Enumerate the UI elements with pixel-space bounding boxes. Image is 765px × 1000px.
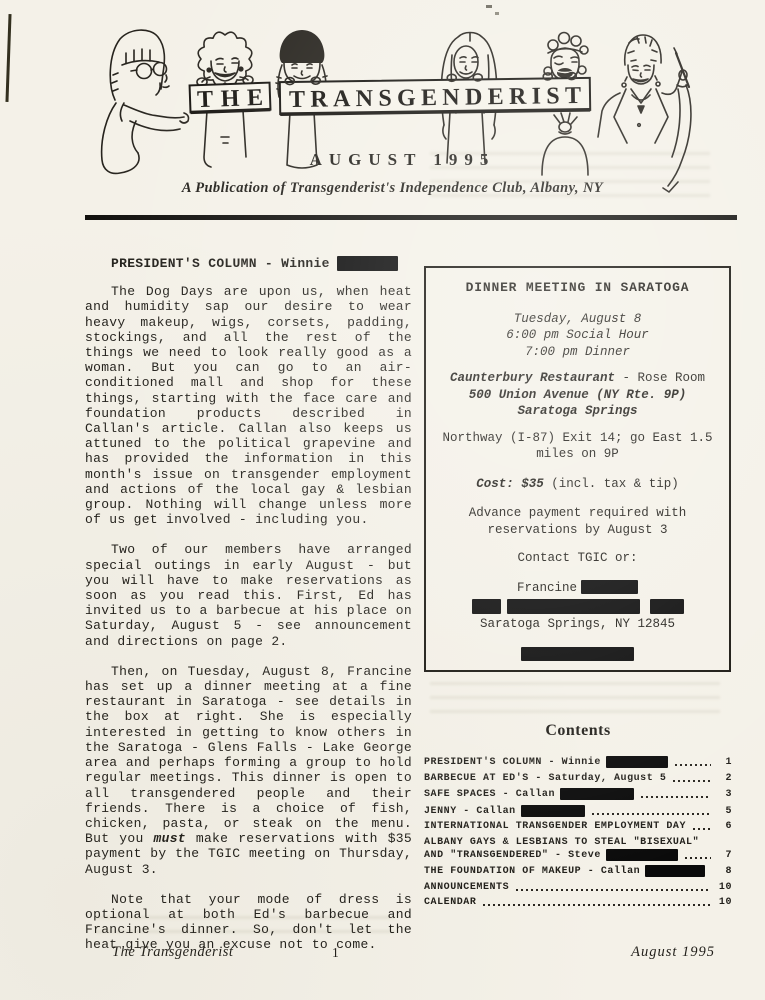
toc-title: PRESIDENT'S COLUMN - Winnie xyxy=(424,757,601,768)
toc-page-number: 10 xyxy=(715,882,732,893)
dinner-meeting-box: DINNER MEETING IN SARATOGA Tuesday, Augu… xyxy=(424,266,731,672)
toc-page-number: 2 xyxy=(715,773,732,784)
toc-page-number: 3 xyxy=(715,789,732,800)
box-title: DINNER MEETING IN SARATOGA xyxy=(432,280,723,297)
name-redaction xyxy=(337,256,398,271)
toc-page-number: 10 xyxy=(715,897,732,908)
venue-block: Caunterbury Restaurant - Rose Room 500 U… xyxy=(432,370,723,420)
toc-title-line1: ALBANY GAYS & LESBIANS TO STEAL "BISEXUA… xyxy=(424,837,732,848)
meeting-datetime: Tuesday, August 8 6:00 pm Social Hour 7:… xyxy=(432,311,723,361)
toc-entry: SAFE SPACES - Callan 3 xyxy=(424,788,732,800)
phone-redaction xyxy=(521,647,634,661)
scan-dust xyxy=(486,5,492,8)
toc-title: THE FOUNDATION OF MAKEUP - Callan xyxy=(424,866,640,877)
banner-the-text: THE xyxy=(197,85,264,113)
cost-note: (incl. tax & tip) xyxy=(544,477,679,491)
contact-address-redacted xyxy=(432,599,723,614)
toc-page-number: 8 xyxy=(715,866,732,877)
contact-name: Francine xyxy=(517,581,577,595)
toc-title: ANNOUNCEMENTS xyxy=(424,882,509,893)
dot-leader xyxy=(692,827,711,831)
contents-section: Contents PRESIDENT'S COLUMN - Winnie 1 B… xyxy=(424,722,732,913)
scan-dust xyxy=(495,12,499,15)
toc-title: JENNY - Callan xyxy=(424,806,516,817)
toc-page-number: 5 xyxy=(715,806,732,817)
address-redaction xyxy=(650,599,684,614)
dot-leader xyxy=(640,795,711,799)
column-heading: PRESIDENT'S COLUMN - Winnie xyxy=(85,256,412,271)
toc-page-number: 1 xyxy=(715,757,732,768)
toc-entry: BARBECUE AT ED'S - Saturday, August 5 2 xyxy=(424,773,732,784)
phone-redacted-line xyxy=(432,647,723,664)
toc-title: CALENDAR xyxy=(424,897,476,908)
dot-leader xyxy=(482,903,711,907)
toc-entry: PRESIDENT'S COLUMN - Winnie 1 xyxy=(424,756,732,768)
address-redaction xyxy=(507,599,640,614)
contents-heading: Contents xyxy=(424,722,732,740)
address-redaction xyxy=(472,599,501,614)
bleed-through xyxy=(430,678,720,720)
toc-entry: ALBANY GAYS & LESBIANS TO STEAL "BISEXUA… xyxy=(424,837,732,861)
toc-redaction xyxy=(560,788,634,800)
toc-redaction xyxy=(606,756,668,768)
toc-entry: JENNY - Callan 5 xyxy=(424,805,732,817)
toc-title: BARBECUE AT ED'S - Saturday, August 5 xyxy=(424,773,666,784)
footer-issue-date: August 1995 xyxy=(631,944,715,961)
venue-address: 500 Union Avenue (NY Rte. 9P) xyxy=(432,387,723,404)
directions: Northway (I-87) Exit 14; go East 1.5 mil… xyxy=(432,430,723,463)
venue-name: Caunterbury Restaurant xyxy=(450,371,615,385)
toc-redaction xyxy=(645,865,705,877)
contact-redaction xyxy=(581,580,638,594)
venue-city: Saratoga Springs xyxy=(432,403,723,420)
meeting-dinner-time: 7:00 pm Dinner xyxy=(432,344,723,361)
presidents-column: PRESIDENT'S COLUMN - Winnie The Dog Days… xyxy=(85,256,412,968)
dot-leader xyxy=(591,812,711,816)
contact-city: Saratoga Springs, NY 12845 xyxy=(432,616,723,633)
toc-page-number: 6 xyxy=(715,821,732,832)
dot-leader xyxy=(515,888,711,892)
contact-name-line: Francine xyxy=(432,580,723,597)
cost-amount: Cost: $35 xyxy=(476,477,544,491)
toc-title: INTERNATIONAL TRANSGENDER EMPLOYMENT DAY xyxy=(424,821,686,832)
footer-page-number: 1 xyxy=(332,945,339,961)
paragraph-3: Then, on Tuesday, August 8, Francine has… xyxy=(85,664,412,877)
scan-artifact-pen-mark xyxy=(5,14,11,102)
paragraph-1: The Dog Days are upon us, when heat and … xyxy=(85,284,412,527)
contact-line: Contact TGIC or: xyxy=(432,550,723,567)
publication-subtitle: A Publication of Transgenderist's Indepe… xyxy=(20,180,765,197)
banner-main-text: TRANSGENDERIST xyxy=(289,83,581,113)
cost-line: Cost: $35 (incl. tax & tip) xyxy=(432,476,723,493)
issue-date: AUGUST 1995 xyxy=(40,150,765,170)
toc-entry: ANNOUNCEMENTS 10 xyxy=(424,882,732,893)
paragraph-3-text: Then, on Tuesday, August 8, Francine has… xyxy=(85,664,412,846)
meeting-date: Tuesday, August 8 xyxy=(432,311,723,328)
newsletter-page: THE TRANSGENDERIST AUGUST 1995 A Publica… xyxy=(0,0,765,1000)
venue-room: - Rose Room xyxy=(615,371,705,385)
paragraph-2: Two of our members have arranged special… xyxy=(85,542,412,648)
divider-rule xyxy=(85,215,737,220)
toc-redaction xyxy=(521,805,585,817)
toc-title: SAFE SPACES - Callan xyxy=(424,789,555,800)
footer-publication-name: The Transgenderist xyxy=(112,944,233,961)
dot-leader xyxy=(672,779,711,783)
toc-entry: CALENDAR 10 xyxy=(424,897,732,908)
toc-redaction xyxy=(606,849,678,861)
toc-page-number: 7 xyxy=(715,850,732,861)
emphasis-must: must xyxy=(154,831,186,846)
column-heading-text: PRESIDENT'S COLUMN - Winnie xyxy=(111,256,330,271)
dot-leader xyxy=(684,856,711,860)
toc-entry: INTERNATIONAL TRANSGENDER EMPLOYMENT DAY… xyxy=(424,821,732,832)
banner-the: THE xyxy=(190,83,271,114)
toc-title-line2: AND "TRANSGENDERED" - Steve xyxy=(424,850,601,861)
advance-payment-note: Advance payment required with reservatio… xyxy=(432,505,723,538)
dot-leader xyxy=(674,763,711,767)
toc-entry: THE FOUNDATION OF MAKEUP - Callan 8 xyxy=(424,865,732,877)
meeting-social-hour: 6:00 pm Social Hour xyxy=(432,327,723,344)
